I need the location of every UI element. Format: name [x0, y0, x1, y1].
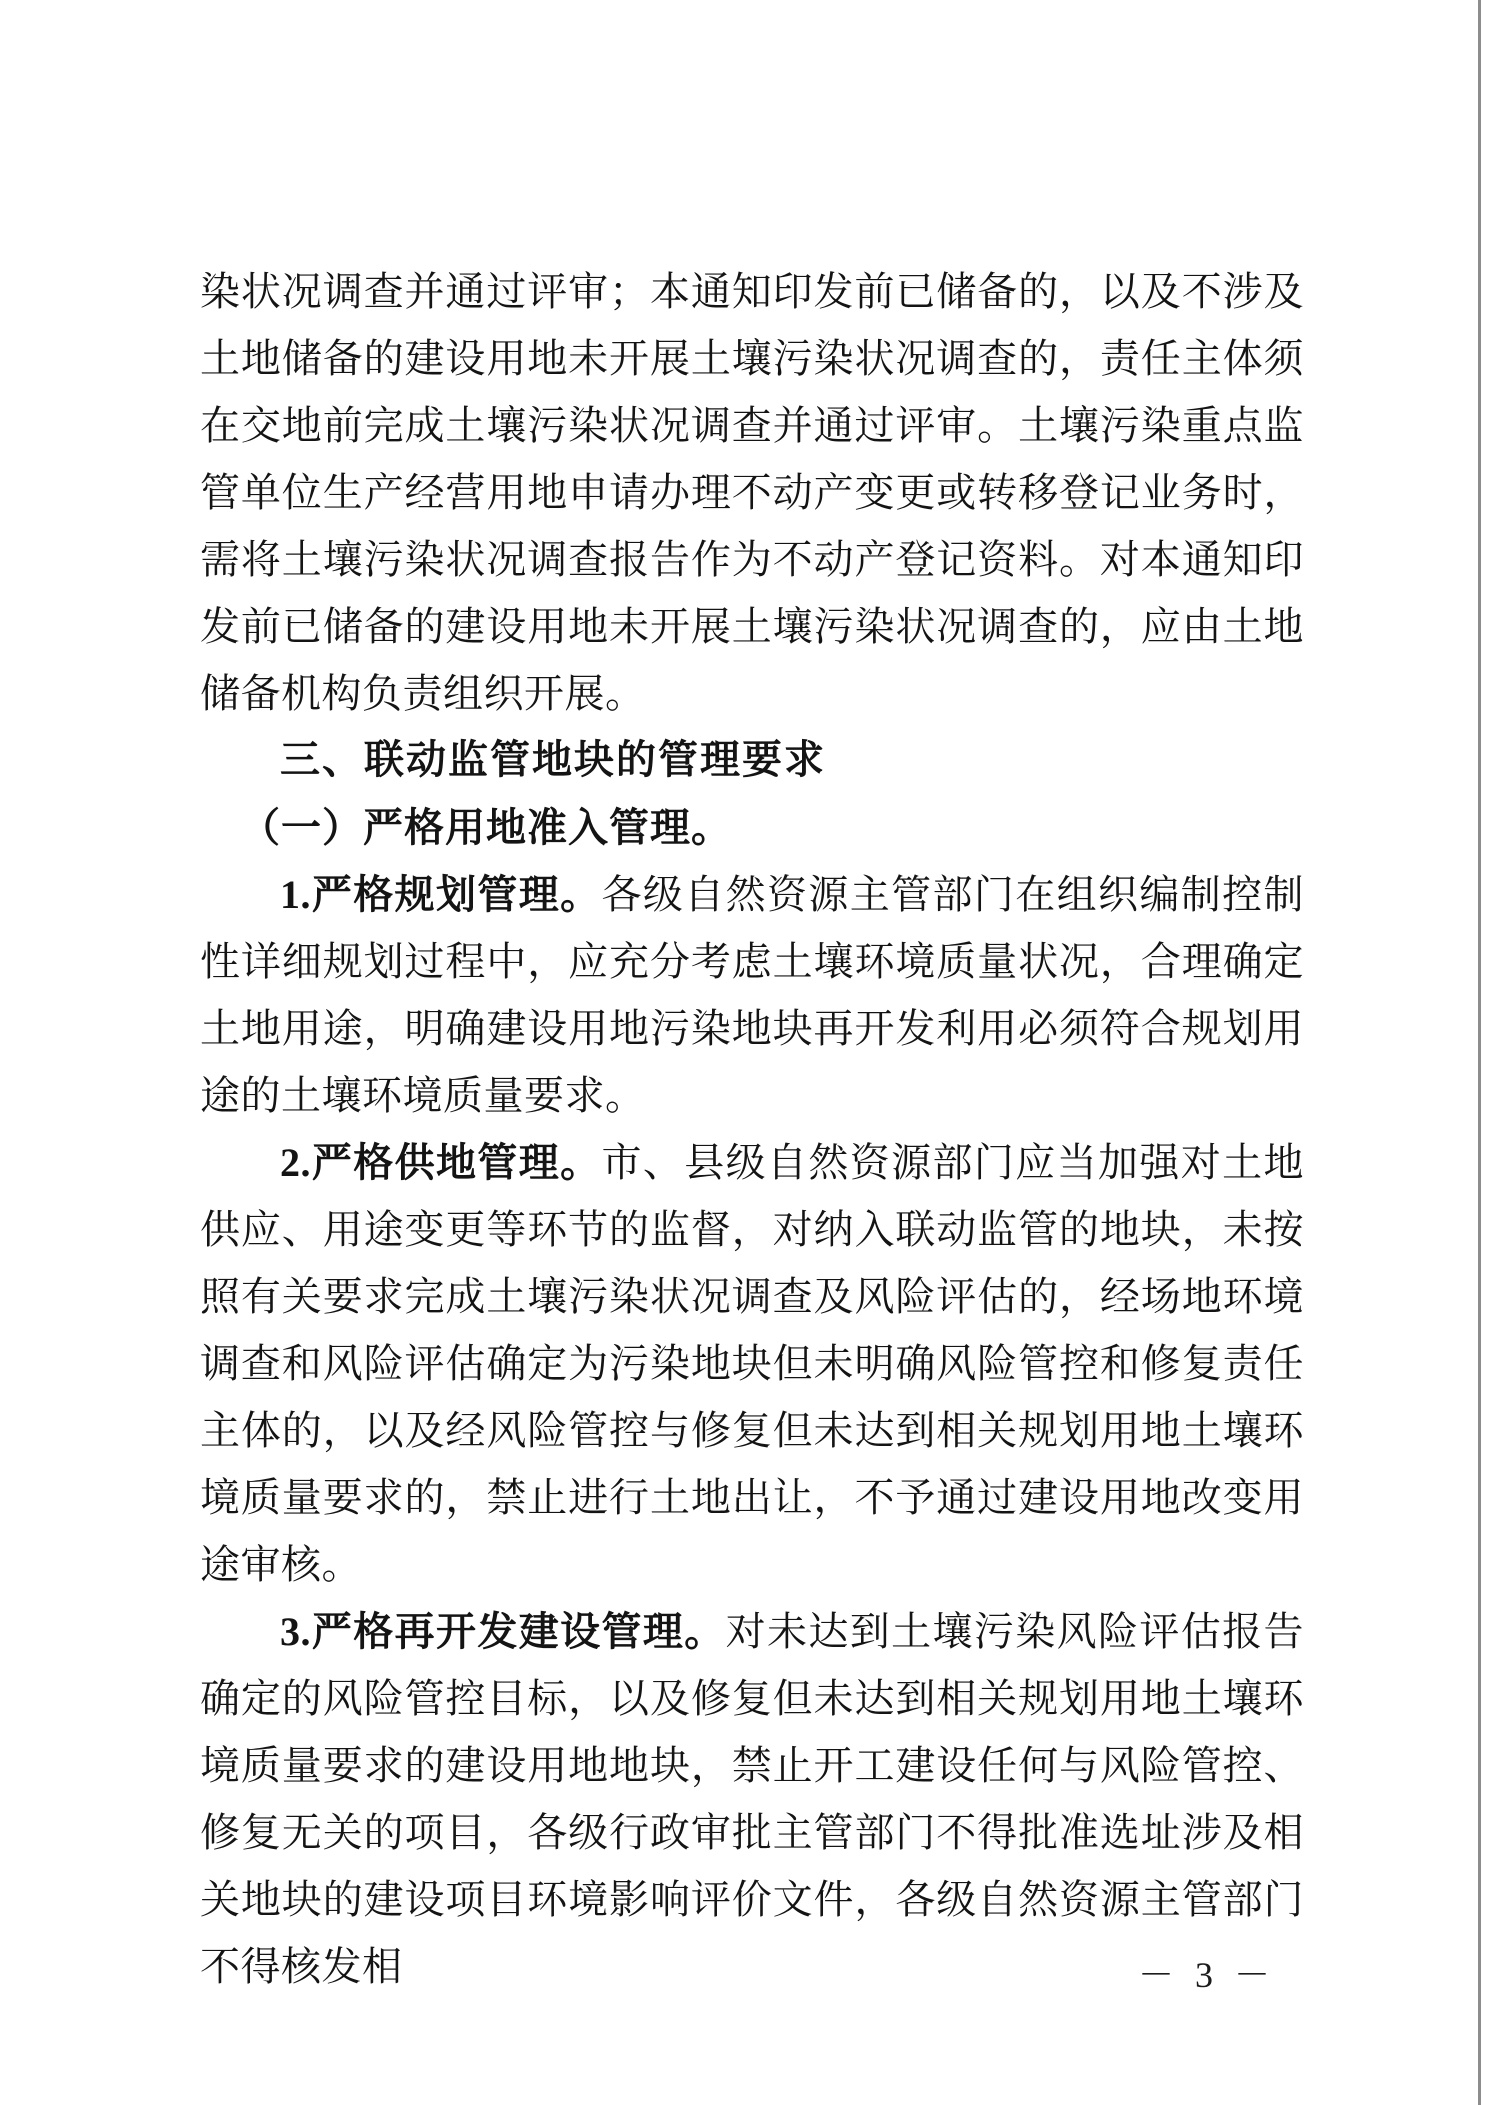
- paragraph-item-3: 3.严格再开发建设管理。对未达到土壤污染风险评估报告确定的风险管控目标，以及修复…: [200, 1598, 1304, 2000]
- paragraph-item-3-lead: 3.严格再开发建设管理。: [280, 1609, 726, 1654]
- paragraph-continuation: 染状况调查并通过评审；本通知印发前已储备的，以及不涉及土地储备的建设用地未开展土…: [200, 258, 1304, 727]
- paragraph-continuation-text: 染状况调查并通过评审；本通知印发前已储备的，以及不涉及土地储备的建设用地未开展土…: [200, 269, 1304, 716]
- paragraph-item-2-lead: 2.严格供地管理。: [280, 1140, 602, 1185]
- section-heading-text: 三、联动监管地块的管理要求: [280, 738, 826, 782]
- subsection-heading-text: （一）严格用地准入管理。: [240, 805, 732, 850]
- paragraph-item-3-text: 对未达到土壤污染风险评估报告确定的风险管控目标，以及修复但未达到相关规划用地土壤…: [200, 1609, 1304, 1989]
- scan-edge-line: [1478, 0, 1481, 2105]
- document-page: 染状况调查并通过评审；本通知印发前已储备的，以及不涉及土地储备的建设用地未开展土…: [0, 0, 1488, 2105]
- page-number: － 3 －: [1138, 1955, 1276, 1995]
- subsection-heading: （一）严格用地准入管理。: [200, 794, 1304, 861]
- paragraph-item-1-lead: 1.严格规划管理。: [280, 872, 602, 917]
- section-heading: 三、联动监管地块的管理要求: [200, 727, 1304, 794]
- paragraph-item-2-text: 市、县级自然资源部门应当加强对土地供应、用途变更等环节的监督，对纳入联动监管的地…: [200, 1140, 1304, 1587]
- document-body: 染状况调查并通过评审；本通知印发前已储备的，以及不涉及土地储备的建设用地未开展土…: [200, 258, 1304, 2000]
- paragraph-item-1: 1.严格规划管理。各级自然资源主管部门在组织编制控制性详细规划过程中，应充分考虑…: [200, 861, 1304, 1129]
- paragraph-item-2: 2.严格供地管理。市、县级自然资源部门应当加强对土地供应、用途变更等环节的监督，…: [200, 1129, 1304, 1598]
